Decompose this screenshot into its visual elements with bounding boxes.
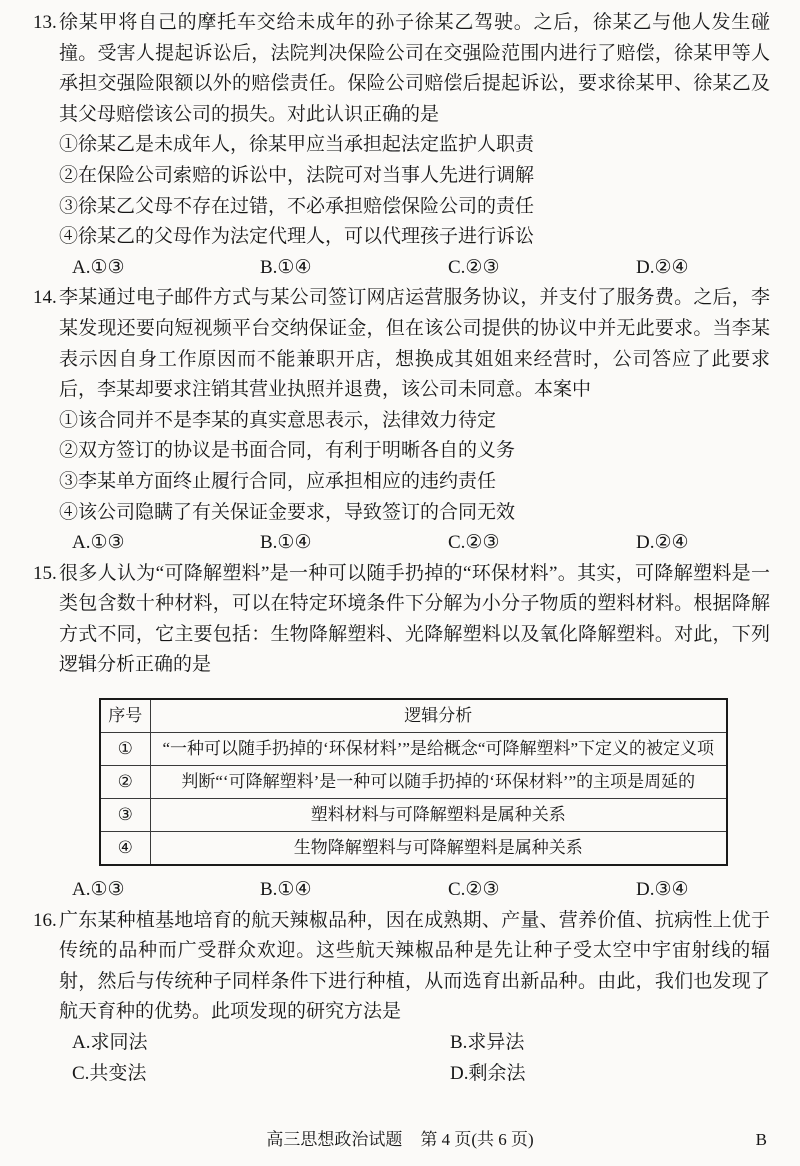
row-analysis: 判断“‘可降解塑料’是一种可以随手扔掉的‘环保材料’”的主项是周延的 xyxy=(150,766,727,799)
statement-1: ①该合同并不是李某的真实意思表示，法律效力待定 xyxy=(59,406,770,437)
option-b: B.①④ xyxy=(260,253,448,284)
question-16: 16. 广东某种植基地培育的航天辣椒品种，因在成熟期、产量、营养价值、抗病性上优… xyxy=(33,906,770,1090)
row-index: ① xyxy=(100,733,150,766)
option-a: A.①③ xyxy=(72,253,260,284)
option-d: D.②④ xyxy=(636,253,770,284)
table-row: ④ 生物降解塑料与可降解塑料是属种关系 xyxy=(100,832,727,866)
row-index: ④ xyxy=(100,832,150,866)
question-13-options: A.①③ B.①④ C.②③ D.②④ xyxy=(59,253,770,284)
question-16-options-row-2: C.共变法 D.剩余法 xyxy=(59,1059,770,1090)
logic-analysis-table: 序号 逻辑分析 ① “一种可以随手扔掉的‘环保材料’”是给概念“可降解塑料”下定… xyxy=(99,698,728,866)
option-d: D.剩余法 xyxy=(450,1059,770,1090)
question-13-number: 13. xyxy=(33,8,57,39)
question-14-options: A.①③ B.①④ C.②③ D.②④ xyxy=(59,528,770,559)
table-row: ① “一种可以随手扔掉的‘环保材料’”是给概念“可降解塑料”下定义的被定义项 xyxy=(100,733,727,766)
question-14-number: 14. xyxy=(33,283,57,314)
option-a: A.①③ xyxy=(72,875,260,906)
question-13: 13. 徐某甲将自己的摩托车交给未成年的孙子徐某乙驾驶。之后，徐某乙与他人发生碰… xyxy=(33,8,770,283)
question-13-statements: ①徐某乙是未成年人，徐某甲应当承担起法定监护人职责 ②在保险公司索赔的诉讼中，法… xyxy=(59,130,770,252)
option-b: B.①④ xyxy=(260,875,448,906)
question-16-options-row-1: A.求同法 B.求异法 xyxy=(59,1028,770,1059)
question-14: 14. 李某通过电子邮件方式与某公司签订网店运营服务协议，并支付了服务费。之后，… xyxy=(33,283,770,558)
row-analysis: 生物降解塑料与可降解塑料是属种关系 xyxy=(150,832,727,866)
question-14-stem: 李某通过电子邮件方式与某公司签订网店运营服务协议，并支付了服务费。之后，李某发现… xyxy=(59,283,770,405)
option-b: B.①④ xyxy=(260,528,448,559)
option-d: D.②④ xyxy=(636,528,770,559)
option-a: A.①③ xyxy=(72,528,260,559)
footer-exam-title: 高三思想政治试题 xyxy=(266,1130,402,1149)
paper-version-letter: B xyxy=(756,1128,767,1152)
statement-2: ②双方签订的协议是书面合同，有利于明晰各自的义务 xyxy=(59,436,770,467)
option-c: C.②③ xyxy=(448,253,636,284)
table-row: ③ 塑料材料与可降解塑料是属种关系 xyxy=(100,799,727,832)
statement-3: ③徐某乙父母不存在过错，不必承担赔偿保险公司的责任 xyxy=(59,192,770,223)
option-b: B.求异法 xyxy=(450,1028,770,1059)
row-analysis: 塑料材料与可降解塑料是属种关系 xyxy=(150,799,727,832)
option-c: C.共变法 xyxy=(72,1059,450,1090)
statement-4: ④徐某乙的父母作为法定代理人，可以代理孩子进行诉讼 xyxy=(59,222,770,253)
option-a: A.求同法 xyxy=(72,1028,450,1059)
row-index: ③ xyxy=(100,799,150,832)
option-c: C.②③ xyxy=(448,875,636,906)
option-c: C.②③ xyxy=(448,528,636,559)
statement-4: ④该公司隐瞒了有关保证金要求，导致签订的合同无效 xyxy=(59,498,770,529)
footer-page-number: 第 4 页(共 6 页) xyxy=(420,1130,533,1149)
question-14-statements: ①该合同并不是李某的真实意思表示，法律效力待定 ②双方签订的协议是书面合同，有利… xyxy=(59,406,770,528)
table-header-row: 序号 逻辑分析 xyxy=(100,699,727,733)
option-d: D.③④ xyxy=(636,875,770,906)
question-15-options: A.①③ B.①④ C.②③ D.③④ xyxy=(59,875,770,906)
row-analysis: “一种可以随手扔掉的‘环保材料’”是给概念“可降解塑料”下定义的被定义项 xyxy=(150,733,727,766)
question-13-stem: 徐某甲将自己的摩托车交给未成年的孙子徐某乙驾驶。之后，徐某乙与他人发生碰撞。受害… xyxy=(59,8,770,130)
question-16-number: 16. xyxy=(33,906,57,937)
statement-1: ①徐某乙是未成年人，徐某甲应当承担起法定监护人职责 xyxy=(59,130,770,161)
question-16-stem: 广东某种植基地培育的航天辣椒品种，因在成熟期、产量、营养价值、抗病性上优于传统的… xyxy=(59,906,770,1028)
table-header-index: 序号 xyxy=(100,699,150,733)
statement-2: ②在保险公司索赔的诉讼中，法院可对当事人先进行调解 xyxy=(59,161,770,192)
question-15-stem: 很多人认为“可降解塑料”是一种可以随手扔掉的“环保材料”。其实，可降解塑料是一类… xyxy=(59,559,770,681)
row-index: ② xyxy=(100,766,150,799)
question-15: 15. 很多人认为“可降解塑料”是一种可以随手扔掉的“环保材料”。其实，可降解塑… xyxy=(33,559,770,906)
exam-page: 13. 徐某甲将自己的摩托车交给未成年的孙子徐某乙驾驶。之后，徐某乙与他人发生碰… xyxy=(0,0,800,1166)
table-row: ② 判断“‘可降解塑料’是一种可以随手扔掉的‘环保材料’”的主项是周延的 xyxy=(100,766,727,799)
table-header-analysis: 逻辑分析 xyxy=(150,699,727,733)
question-15-number: 15. xyxy=(33,559,57,590)
page-footer: 高三思想政治试题第 4 页(共 6 页) xyxy=(0,1128,800,1152)
statement-3: ③李某单方面终止履行合同，应承担相应的违约责任 xyxy=(59,467,770,498)
